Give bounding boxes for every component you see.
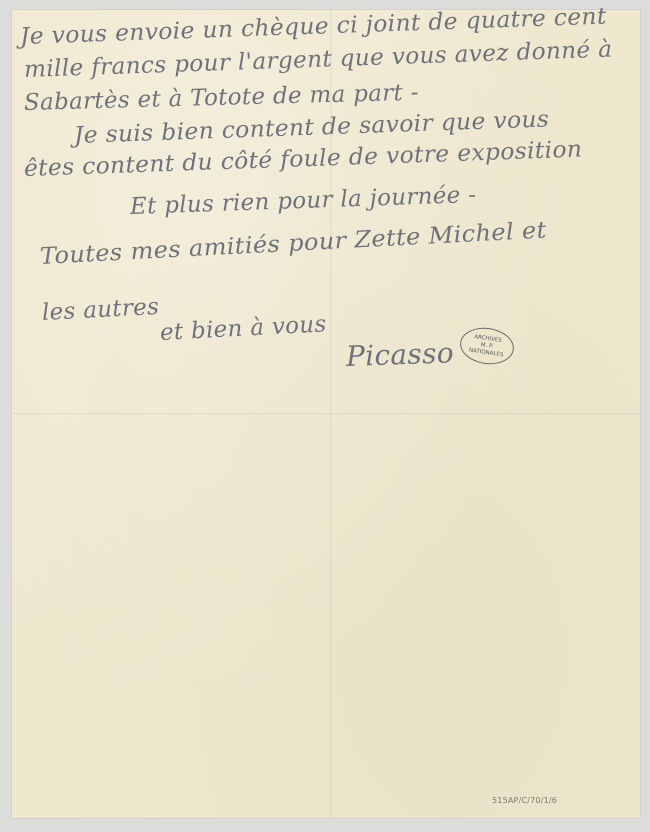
- signature: Picasso: [345, 336, 454, 373]
- letter-line-3: Sabartès et à Totote de ma part -: [24, 80, 419, 116]
- letter-line-7: Toutes mes amitiés pour Zette Michel et: [39, 217, 547, 270]
- letter-line-8: les autres: [41, 294, 159, 326]
- archive-reference: 515AP/C/70/1/6: [492, 796, 557, 805]
- archives-stamp: ARCHIVES M. P. NATIONALES: [458, 324, 516, 367]
- letter-line-6: Et plus rien pour la journée -: [130, 182, 477, 220]
- stamp-line-3: NATIONALES: [468, 347, 503, 359]
- letter-page: Je vous envoie un chèque ci joint de qua…: [12, 10, 640, 818]
- horizontal-fold: [12, 413, 640, 415]
- letter-line-9: et bien à vous: [159, 311, 327, 346]
